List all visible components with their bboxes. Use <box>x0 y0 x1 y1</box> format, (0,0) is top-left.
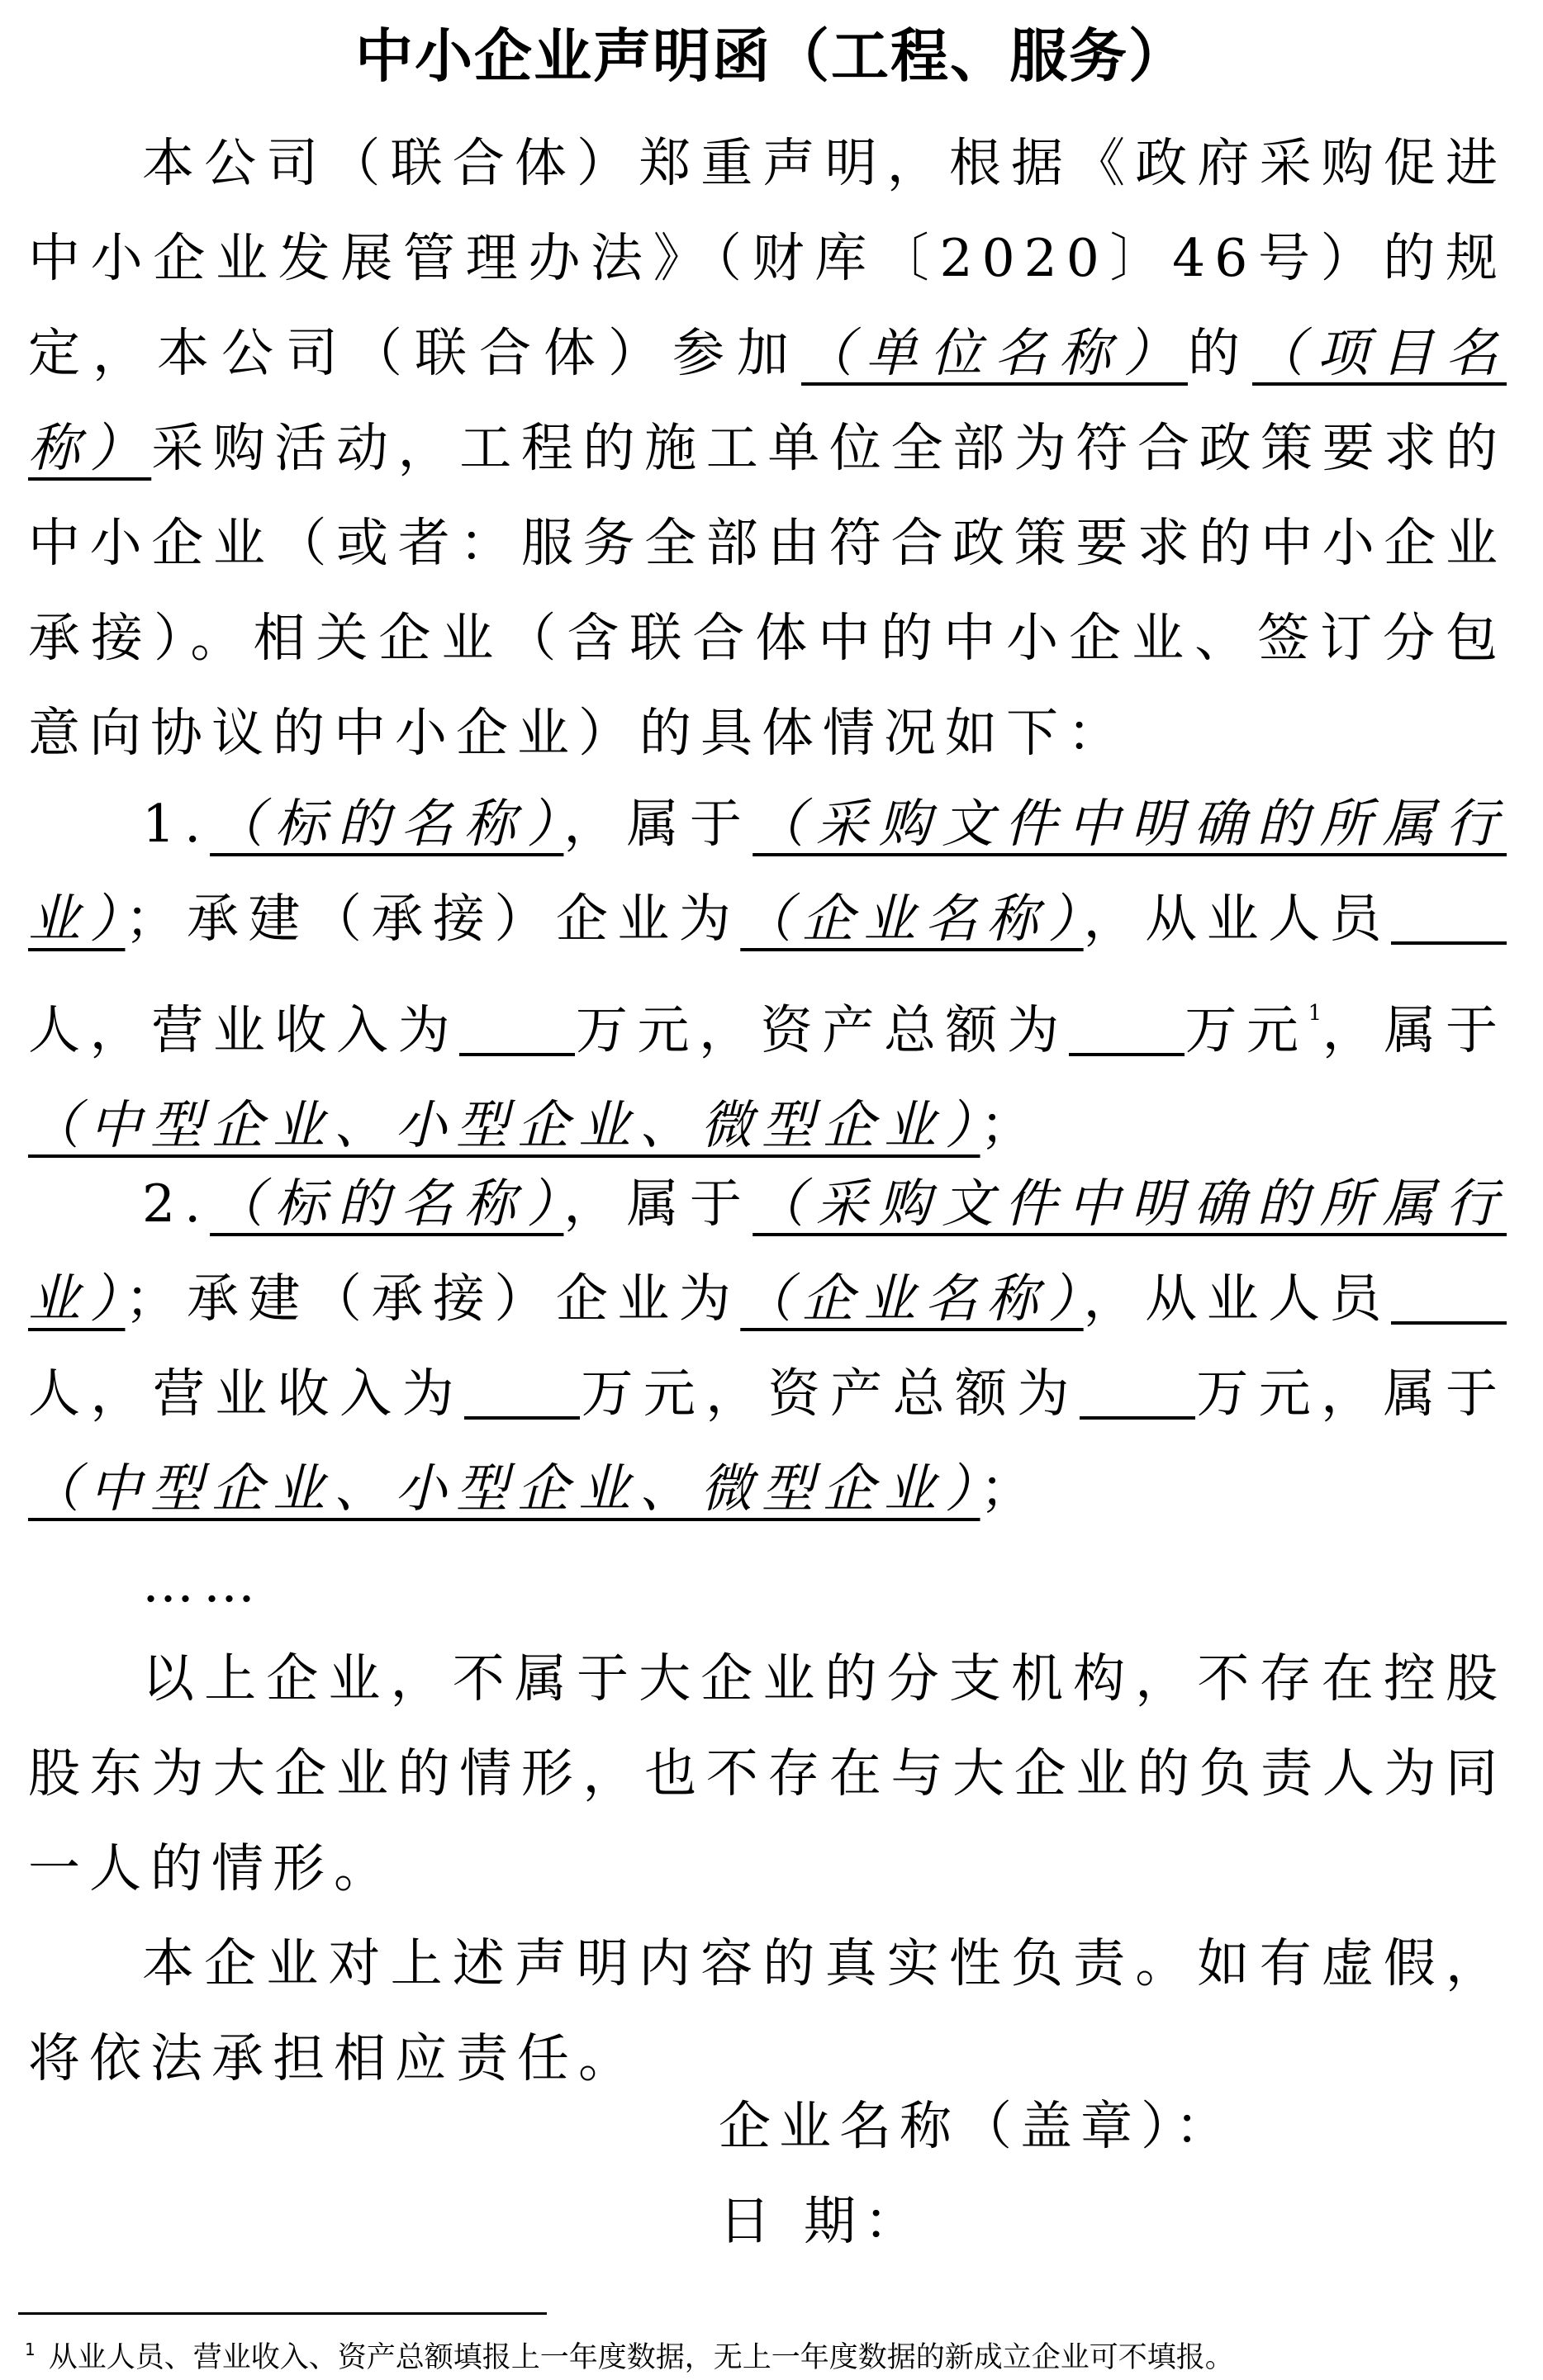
statement-not-large-enterprise: 以上企业，不属于大企业的分支机构，不存在控股股东为大企业的情形，也不存在与大企业… <box>28 1631 1507 1916</box>
item-text: ，属于 <box>563 794 753 854</box>
list-item: 1.（标的名称），属于（采购文件中明确的所属行业）；承建（承接）企业为（企业名称… <box>28 776 1507 1173</box>
item-text: 万元，资产总额为 <box>580 1363 1080 1424</box>
item-number: 1. <box>142 794 210 854</box>
ellipsis: …… <box>28 1536 1507 1631</box>
footnote-divider <box>18 2312 547 2315</box>
intro-section: 本公司（联合体）郑重声明，根据《政府采购促进中小企业发展管理办法》（财库〔202… <box>28 116 1507 780</box>
company-seal-label: 企业名称（盖章）： <box>719 2089 1236 2164</box>
assets-blank[interactable] <box>1080 1415 1195 1420</box>
footnote-ref[interactable]: 1 <box>1308 1001 1322 1026</box>
item-text: ；承建（承接）企业为 <box>125 889 740 949</box>
ellipsis-section: …… <box>28 1536 1507 1631</box>
declaration-page: 中小企业声明函（工程、服务） 本公司（联合体）郑重声明，根据《政府采购促进中小企… <box>0 0 1543 2380</box>
item-text: 万元 <box>1185 1000 1308 1060</box>
company-name-field[interactable]: （企业名称） <box>740 1268 1083 1329</box>
item-text: ，属于 <box>1322 1000 1507 1060</box>
item-text: ，从业人员 <box>1084 1268 1391 1329</box>
item-text: ，属于 <box>1321 1363 1507 1424</box>
item-2: 2.（标的名称），属于（采购文件中明确的所属行业）；承建（承接）企业为（企业名称… <box>28 1156 1507 1536</box>
unit-name-field[interactable]: （单位名称） <box>801 323 1188 383</box>
item-text: ； <box>980 1458 1042 1519</box>
footnote: 1从业人员、营业收入、资产总额填报上一年度数据，无上一年度数据的新成立企业可不填… <box>25 2329 1234 2378</box>
subject-name-field[interactable]: （标的名称） <box>210 794 563 854</box>
revenue-blank[interactable] <box>459 1052 575 1056</box>
list-item: 2.（标的名称），属于（采购文件中明确的所属行业）；承建（承接）企业为（企业名称… <box>28 1156 1507 1536</box>
intro-text-3: 采购活动，工程的施工单位全部为符合政策要求的中小企业（或者：服务全部由符合政策要… <box>28 418 1507 763</box>
item-text: ，从业人员 <box>1084 889 1391 949</box>
item-text: 人，营业收入为 <box>28 1000 459 1060</box>
enterprise-size-field[interactable]: （中型企业、小型企业、微型企业） <box>28 1095 980 1155</box>
item-text: 人，营业收入为 <box>28 1363 464 1424</box>
statement-responsibility: 本企业对上述声明内容的真实性负责。如有虚假，将依法承担相应责任。 <box>28 1916 1507 2106</box>
intro-text-2: 的 <box>1188 323 1252 383</box>
statement-2-section: 本企业对上述声明内容的真实性负责。如有虚假，将依法承担相应责任。 <box>28 1916 1507 2106</box>
staff-count-blank[interactable] <box>1391 1320 1507 1325</box>
intro-paragraph: 本公司（联合体）郑重声明，根据《政府采购促进中小企业发展管理办法》（财库〔202… <box>28 116 1507 780</box>
item-1: 1.（标的名称），属于（采购文件中明确的所属行业）；承建（承接）企业为（企业名称… <box>28 776 1507 1173</box>
footnote-text: 从业人员、营业收入、资产总额填报上一年度数据，无上一年度数据的新成立企业可不填报… <box>49 2341 1234 2374</box>
staff-count-blank[interactable] <box>1391 941 1507 945</box>
revenue-blank[interactable] <box>464 1415 580 1420</box>
date-label: 日 期： <box>719 2184 924 2259</box>
subject-name-field[interactable]: （标的名称） <box>210 1173 563 1234</box>
item-text: ；承建（承接）企业为 <box>125 1268 740 1329</box>
item-text: 万元，资产总额为 <box>575 1000 1069 1060</box>
statement-1-section: 以上企业，不属于大企业的分支机构，不存在控股股东为大企业的情形，也不存在与大企业… <box>28 1631 1507 1916</box>
item-text: ，属于 <box>563 1173 753 1234</box>
enterprise-size-field[interactable]: （中型企业、小型企业、微型企业） <box>28 1458 980 1519</box>
item-text: ； <box>980 1095 1042 1155</box>
assets-blank[interactable] <box>1069 1052 1185 1056</box>
item-number: 2. <box>142 1173 210 1234</box>
document-title: 中小企业声明函（工程、服务） <box>0 15 1543 97</box>
item-text: 万元 <box>1195 1363 1321 1424</box>
footnote-mark: 1 <box>25 2340 36 2359</box>
company-name-field[interactable]: （企业名称） <box>740 889 1083 949</box>
